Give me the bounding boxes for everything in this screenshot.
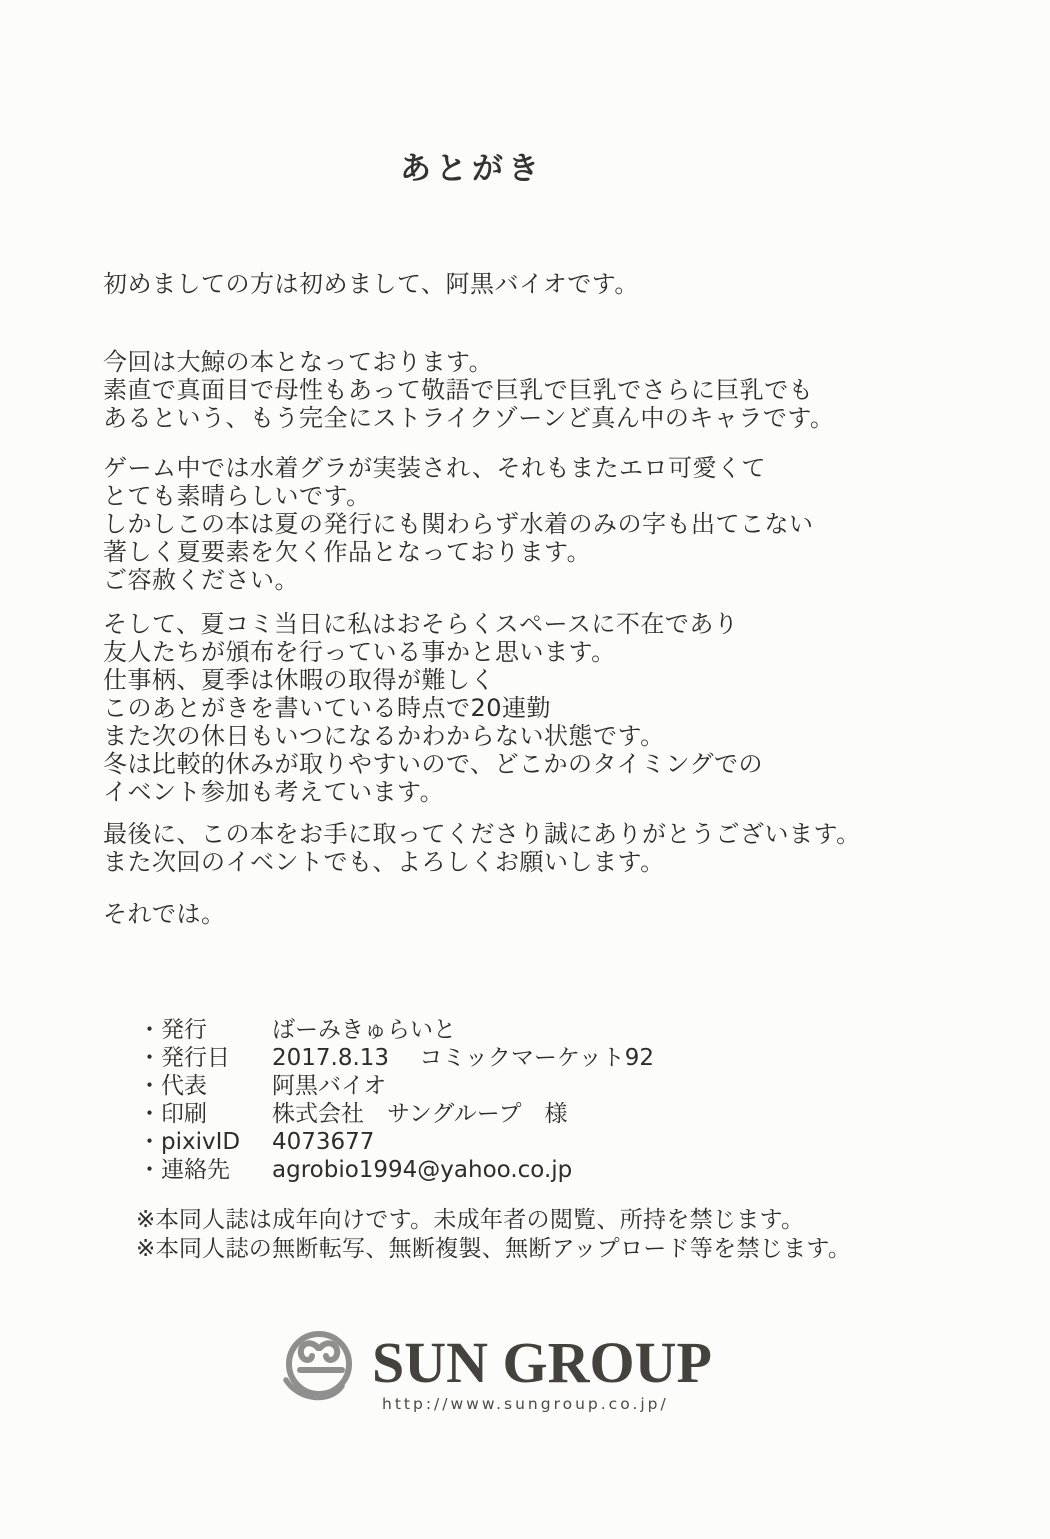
afterword-paragraph: 初めましての方は初めまして、阿黒バイオです。	[103, 270, 983, 298]
afterword-text-block: 初めましての方は初めまして、阿黒バイオです。 今回は大鯨の本となっております。 …	[103, 270, 983, 928]
colophon-label: ・発行日	[138, 1044, 272, 1072]
colophon-row-publish-date: ・発行日 2017.8.13 コミックマーケット92	[138, 1044, 838, 1072]
disclaimer-line: ※本同人誌は成年向けです。未成年者の閲覧、所持を禁じます。	[136, 1206, 956, 1235]
colophon-label: ・代表	[138, 1072, 272, 1100]
colophon-value: 4073677	[272, 1128, 838, 1156]
colophon-row-contact: ・連絡先 agrobio1994@yahoo.co.jp	[138, 1156, 838, 1184]
afterword-paragraph: そして、夏コミ当日に私はおそらくスペースに不在であり 友人たちが頒布を行っている…	[103, 610, 983, 806]
colophon: ・発行 ばーみきゅらいと ・発行日 2017.8.13 コミックマーケット92 …	[138, 1016, 838, 1184]
afterword-closing: それでは。	[103, 900, 983, 928]
sungroup-logo-text: SUN GROUP http://www.sungroup.co.jp/	[372, 1320, 712, 1413]
sungroup-brand-text: SUN GROUP	[372, 1334, 712, 1392]
afterword-paragraph: ゲーム中では水着グラが実装され、それもまたエロ可愛くて とても素晴らしいです。 …	[103, 454, 983, 594]
page-title: あとがき	[400, 143, 544, 188]
sungroup-ring-monogram-icon	[278, 1324, 360, 1410]
disclaimer-block: ※本同人誌は成年向けです。未成年者の閲覧、所持を禁じます。 ※本同人誌の無断転写…	[136, 1206, 956, 1263]
afterword-paragraph: 今回は大鯨の本となっております。 素直で真面目で母性もあって敬語で巨乳で巨乳でさ…	[103, 348, 983, 432]
colophon-value: 株式会社 サングループ 様	[272, 1100, 838, 1128]
colophon-label: ・連絡先	[138, 1156, 272, 1184]
disclaimer-line: ※本同人誌の無断転写、無断複製、無断アップロード等を禁じます。	[136, 1235, 956, 1264]
colophon-value: ばーみきゅらいと	[272, 1016, 838, 1044]
colophon-row-representative: ・代表 阿黒バイオ	[138, 1072, 838, 1100]
colophon-label: ・印刷	[138, 1100, 272, 1128]
afterword-page: あとがき 初めましての方は初めまして、阿黒バイオです。 今回は大鯨の本となってお…	[0, 0, 1050, 1539]
colophon-value: 2017.8.13 コミックマーケット92	[272, 1044, 838, 1072]
sungroup-url-text: http://www.sungroup.co.jp/	[372, 1395, 712, 1413]
colophon-value: agrobio1994@yahoo.co.jp	[272, 1156, 838, 1184]
colophon-label: ・pixivID	[138, 1128, 272, 1156]
colophon-row-printer: ・印刷 株式会社 サングループ 様	[138, 1100, 838, 1128]
colophon-value: 阿黒バイオ	[272, 1072, 838, 1100]
afterword-paragraph: 最後に、この本をお手に取ってくださり誠にありがとうございます。 また次回のイベン…	[103, 820, 983, 876]
colophon-label: ・発行	[138, 1016, 272, 1044]
sungroup-logo: SUN GROUP http://www.sungroup.co.jp/	[278, 1320, 712, 1413]
colophon-row-publisher: ・発行 ばーみきゅらいと	[138, 1016, 838, 1044]
colophon-row-pixiv-id: ・pixivID 4073677	[138, 1128, 838, 1156]
